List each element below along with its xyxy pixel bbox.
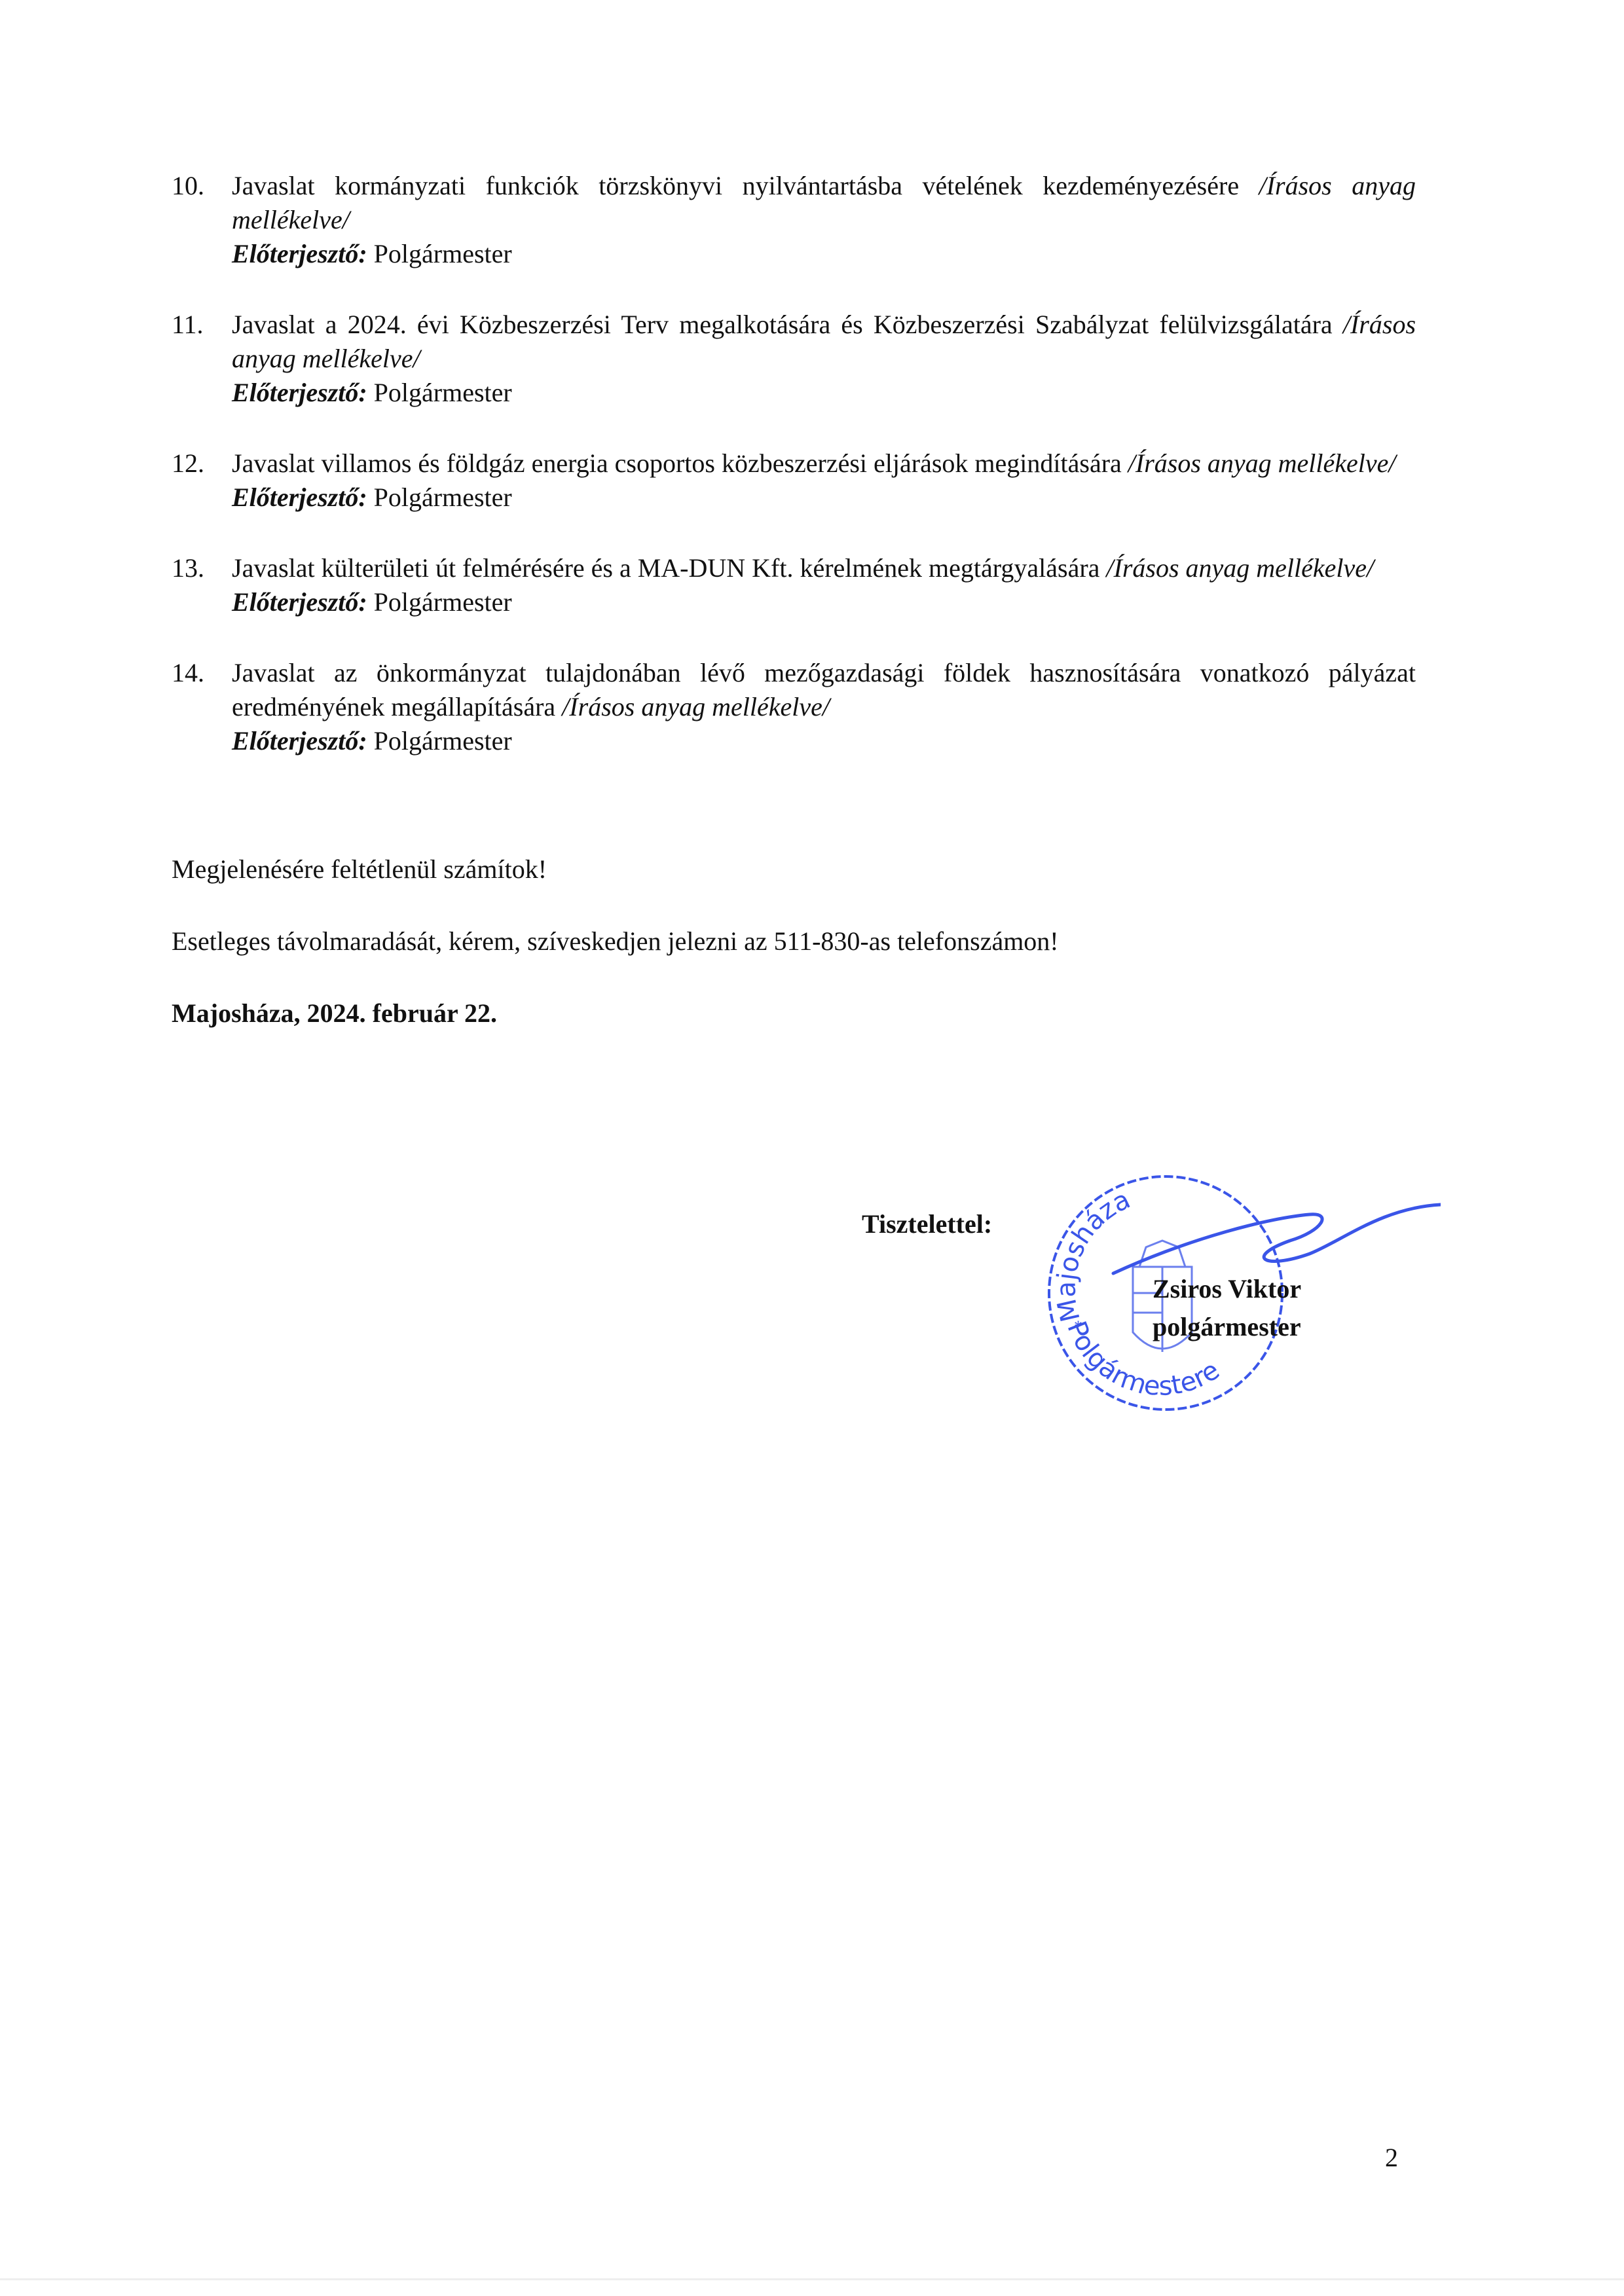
- agenda-item-number: 12.: [172, 446, 204, 481]
- agenda-item-number: 10.: [172, 169, 204, 203]
- attachment-note: /Írásos anyag mellékelve/: [1128, 448, 1396, 478]
- presenter-label: Előterjesztő: [232, 726, 358, 756]
- page-number: 2: [1385, 2142, 1398, 2173]
- presenter-name: Polgármester: [374, 483, 512, 512]
- agenda-item: 13.Javaslat külterületi út felmérésére é…: [172, 551, 1416, 619]
- agenda-item-title-line: Javaslat külterületi út felmérésére és a…: [232, 551, 1416, 585]
- presenter-name: Polgármester: [374, 726, 512, 756]
- regards-text: Tisztelettel:: [862, 1209, 992, 1239]
- presenter-line: Előterjesztő: Polgármester: [232, 585, 1416, 619]
- presenter-name: Polgármester: [374, 587, 512, 617]
- agenda-item: 11.Javaslat a 2024. évi Közbeszerzési Te…: [172, 308, 1416, 410]
- presenter-label: Előterjesztő: [232, 378, 358, 407]
- svg-text:*: *: [1074, 1317, 1082, 1336]
- agenda-item: 12.Javaslat villamos és földgáz energia …: [172, 446, 1416, 515]
- presenter-name: Polgármester: [374, 378, 512, 407]
- agenda-item-number: 13.: [172, 551, 204, 585]
- attachment-note: /Írásos anyag mellékelve/: [1106, 553, 1374, 583]
- agenda-item-title: Javaslat kormányzati funkciók törzskönyv…: [232, 171, 1239, 200]
- presenter-name: Polgármester: [374, 239, 512, 268]
- agenda-item-title-line: Javaslat az önkormányzat tulajdonában lé…: [232, 656, 1416, 724]
- agenda-item-number: 11.: [172, 308, 204, 342]
- attachment-note: /Írásos anyag mellékelve/: [562, 692, 830, 721]
- presenter-line: Előterjesztő: Polgármester: [232, 237, 1416, 271]
- agenda-item-title-line: Javaslat a 2024. évi Közbeszerzési Terv …: [232, 308, 1416, 376]
- agenda-item-number: 14.: [172, 656, 204, 690]
- attendance-text: Megjelenésére feltétlenül számítok!: [172, 852, 547, 886]
- scan-edge-divider: [0, 2278, 1624, 2280]
- agenda-list: 10.Javaslat kormányzati funkciók törzskö…: [172, 169, 1416, 795]
- agenda-item: 10.Javaslat kormányzati funkciók törzskö…: [172, 169, 1416, 271]
- agenda-item-title: Javaslat külterületi út felmérésére és a…: [232, 553, 1099, 583]
- agenda-item-title-line: Javaslat kormányzati funkciók törzskönyv…: [232, 169, 1416, 237]
- agenda-item: 14.Javaslat az önkormányzat tulajdonában…: [172, 656, 1416, 758]
- handwritten-signature-icon: [1074, 1178, 1441, 1283]
- agenda-item-title: Javaslat a 2024. évi Közbeszerzési Terv …: [232, 310, 1333, 339]
- presenter-line: Előterjesztő: Polgármester: [232, 376, 1416, 410]
- place-date: Majosháza, 2024. február 22.: [172, 996, 497, 1030]
- absence-notice: Esetleges távolmaradását, kérem, szívesk…: [172, 924, 1059, 958]
- signer-block: Zsiros Viktor polgármester: [1153, 1270, 1301, 1346]
- presenter-line: Előterjesztő: Polgármester: [232, 481, 1416, 515]
- agenda-item-title: Javaslat villamos és földgáz energia cso…: [232, 448, 1122, 478]
- presenter-label: Előterjesztő: [232, 239, 358, 268]
- presenter-line: Előterjesztő: Polgármester: [232, 724, 1416, 758]
- signer-role: polgármester: [1153, 1308, 1301, 1346]
- presenter-label: Előterjesztő: [232, 483, 358, 512]
- document-page: 10.Javaslat kormányzati funkciók törzskö…: [0, 0, 1624, 2296]
- presenter-label: Előterjesztő: [232, 587, 358, 617]
- agenda-item-title-line: Javaslat villamos és földgáz energia cso…: [232, 446, 1416, 481]
- signer-name: Zsiros Viktor: [1153, 1270, 1301, 1308]
